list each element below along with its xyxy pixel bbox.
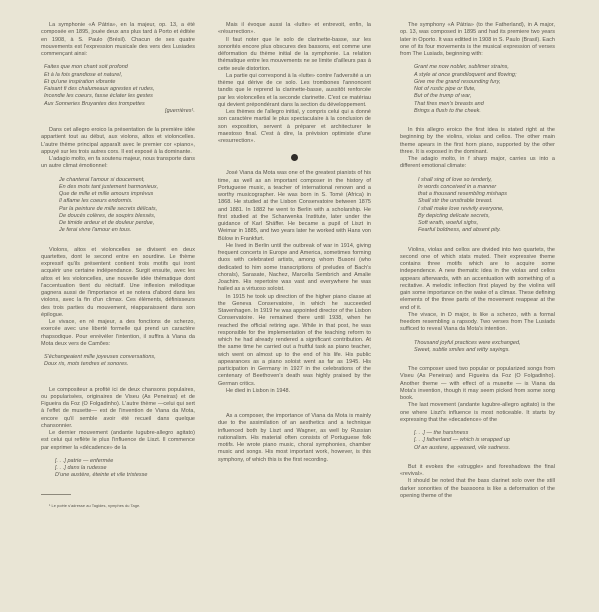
verse-line: Et à la fois grandiose et naturel, <box>44 72 195 79</box>
verse-line: Faisant fi des chalumeaux agrestes et ru… <box>44 86 195 93</box>
verse-line: D'une austère, éteinte et vile tristesse <box>55 472 195 479</box>
en-intro-paragraph: The symphony «A Pátria» (to the Fatherla… <box>400 22 555 58</box>
verse-line: I shall make love revivily everyone, <box>418 206 555 213</box>
en-bio-death-paragraph: He died in Lisbon in 1948. <box>218 388 371 395</box>
en-bass-clarinet-paragraph: It should be noted that the bass clarine… <box>400 478 555 500</box>
en-bio-geneva-paragraph: In 1915 he took up direction of the high… <box>218 294 371 388</box>
fr-verse-adagio: Je chanterai l'amour si doucement, En de… <box>41 177 195 235</box>
en-adagio-paragraph: The adagio molto, in f sharp major, carr… <box>400 156 555 171</box>
fr-adversity-paragraph: La partie qui correspond à la «lutte» co… <box>218 73 371 109</box>
verse-line: Sweet, subtle smiles and witty sayings. <box>414 347 555 354</box>
verse-line: Il aflame les coeurs endormis. <box>59 198 195 205</box>
en-verse-decadence: [. . .] — the harshness [. . .] fatherla… <box>400 430 555 452</box>
en-folk-songs-paragraph: The composer used two popular or popular… <box>400 366 555 402</box>
record-liner-notes-page: La symphonie «A Pátria», en la majeur, o… <box>0 0 599 612</box>
middle-text-column: Mais il évoque aussi la «lutte» et entre… <box>218 22 371 464</box>
verse-line: Doux ris, mots tendres et sonores. <box>44 361 195 368</box>
verse-line: Give me the grand resounding fury, <box>414 79 555 86</box>
en-verse-lusiads-opening: Grant me now nobler, sublimer strains, A… <box>400 64 555 115</box>
verse-line: But of the trump of war, <box>414 93 555 100</box>
verse-line: Shall stir the unstirable breast. <box>418 198 555 205</box>
verse-line: [. . .] patrie — enfermée <box>55 458 195 465</box>
fr-verse-decadence: [. . .] patrie — enfermée [. . .] dans l… <box>41 458 195 480</box>
verse-line: Fearful boldness, and absent pity. <box>418 227 555 234</box>
verse-line: [. . .] dans la rudesse <box>55 465 195 472</box>
verse-line: In words conceived in a manner <box>418 184 555 191</box>
verse-line: Que de mille et mille amours imprévus <box>59 191 195 198</box>
verse-line: Not of rustic pipe or flute, <box>414 86 555 93</box>
en-bio-intro-paragraph: José Viana da Mota was one of the greate… <box>218 170 371 243</box>
fr-lutte-paragraph: Mais il évoque aussi la «lutte» et entre… <box>218 22 371 37</box>
verse-line: S'échangeaient mille joyeuses conversati… <box>44 354 195 361</box>
en-last-movement-paragraph: The last movement (andante lugubre-alleg… <box>400 402 555 424</box>
en-allegro-paragraph: In this allegro eroico the first idea is… <box>400 127 555 156</box>
fr-verse-lusiads-opening: Faites que mon chant soit profond Et à l… <box>41 64 195 115</box>
footnote-divider <box>41 494 71 495</box>
en-struggle-paragraph: But it evokes the «struggle» and foresha… <box>400 464 555 479</box>
verse-line: Par la peinture de mille secrets délicat… <box>59 206 195 213</box>
fr-finale-paragraph: Les thèmes de l'allegro initial, y compr… <box>218 109 371 145</box>
verse-line: Et qu'une inspiration vibrante <box>44 79 195 86</box>
fr-verse-camoes: S'échangeaient mille joyeuses conversati… <box>41 354 195 369</box>
verse-line: Grant me now nobler, sublimer strains, <box>414 64 555 71</box>
verse-line: Brings a flush to the cheek. <box>414 108 555 115</box>
verse-line: By depicting delicate secrets, <box>418 213 555 220</box>
verse-line: [. . .] — the harshness <box>414 430 555 437</box>
verse-line: Incendie les coeurs, fasse éclater les g… <box>44 93 195 100</box>
en-verse-camoes: Thousand joyful practices were exchanged… <box>400 340 555 355</box>
en-bio-berlin-paragraph: He lived in Berlin until the outbreak of… <box>218 243 371 294</box>
fr-vivace-paragraph: Le vivace, en ré majeur, a des fonctions… <box>41 319 195 348</box>
en-verse-adagio: I shall sing of love so tenderly, In wor… <box>400 177 555 235</box>
verse-line: I shall sing of love so tenderly, <box>418 177 555 184</box>
en-vivace-paragraph: The vivace, in D major, is like a scherz… <box>400 312 555 334</box>
fr-quartets-paragraph: Violons, altos et violoncelles se divise… <box>41 247 195 320</box>
en-quartets-paragraph: Violins, violas and cellos are divided i… <box>400 247 555 312</box>
fr-last-movement-paragraph: Le dernier mouvement (andante lugubre-al… <box>41 430 195 452</box>
verse-line: that a thousand resembling mishaps <box>418 191 555 198</box>
footnote: ¹ Le poète s'adresse au Tagides, nymphes… <box>41 503 195 508</box>
verse-line: A style at once grandiloquent and flowin… <box>414 72 555 79</box>
verse-line: Je ferai vivre l'amour en tous. <box>59 227 195 234</box>
verse-line: Of an austere, appeased, vile sadness. <box>414 445 555 452</box>
verse-line: [. . .] fatherland — which is wrapped up <box>414 437 555 444</box>
verse-line: Je chanterai l'amour si doucement, <box>59 177 195 184</box>
verse-line: Aux Sonneries Bruyantes des trompettes <box>44 101 195 108</box>
verse-line: Soft wrath, woeful sighs, <box>418 220 555 227</box>
verse-line: De timide ardeur et de douleur perdue, <box>59 220 195 227</box>
english-text-column: The symphony «A Pátria» (to the Fatherla… <box>400 22 555 500</box>
fr-folk-songs-paragraph: Le compositeur a profité ici de deux cha… <box>41 387 195 431</box>
fr-allegro-paragraph: Dans cet allegro eroico la présentation … <box>41 127 195 156</box>
verse-line-tail: [guerrières¹. <box>44 108 195 115</box>
verse-line: Faites que mon chant soit profond <box>44 64 195 71</box>
section-separator-dot <box>291 154 298 161</box>
fr-clarinet-paragraph: Il faut noter que le solo de clarinette-… <box>218 37 371 73</box>
fr-intro-paragraph: La symphonie «A Pátria», en la majeur, o… <box>41 22 195 58</box>
fr-adagio-paragraph: L'adagio molto, en fa soutenu majeur, no… <box>41 156 195 171</box>
en-composer-paragraph: As a composer, the importance of Viana d… <box>218 413 371 464</box>
verse-line: That fires men's breasts and <box>414 101 555 108</box>
verse-line: De doucés colères, de soupirs blessés, <box>59 213 195 220</box>
verse-line: En des mots tant justement harmonieux, <box>59 184 195 191</box>
french-text-column: La symphonie «A Pátria», en la majeur, o… <box>41 22 195 508</box>
verse-line: Thousand joyful practices were exchanged… <box>414 340 555 347</box>
